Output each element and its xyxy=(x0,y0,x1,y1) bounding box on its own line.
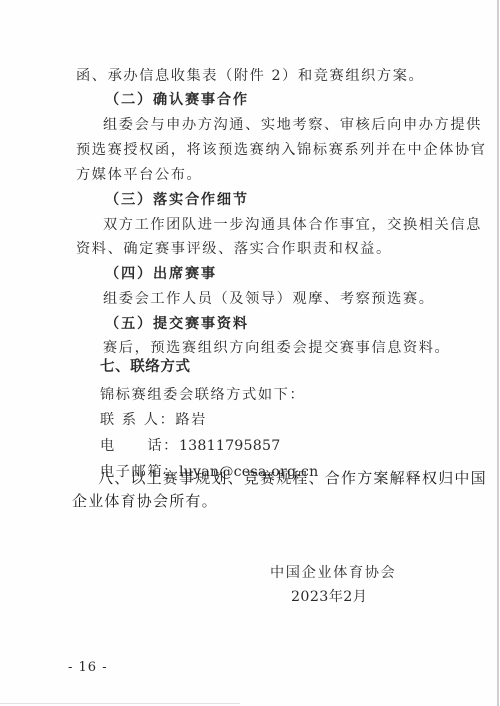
section-8-line-1: 八、以上赛事规划、竞赛规程、合作方案解释权归中国 xyxy=(98,468,487,488)
document-page: 函、承办信息收集表（附件 2）和竞赛组织方案。 （二）确认赛事合作 组委会与申办… xyxy=(0,0,500,706)
phone-value: 13811795857 xyxy=(179,438,281,454)
text-line: 函、承办信息收集表（附件 2）和竞赛组织方案。 xyxy=(76,66,424,86)
signature-organization: 中国企业体育协会 xyxy=(270,563,396,583)
contact-person-value: 路岩 xyxy=(175,412,207,428)
phone-row: 电 话：13811795857 xyxy=(100,436,280,456)
page-edge-bottom xyxy=(0,703,240,704)
text-line: 锦标赛组委会联络方式如下： xyxy=(100,385,305,405)
text-line: 组委会工作人员（及领导）观摩、考察预选赛。 xyxy=(103,289,435,309)
text-line: 赛后，预选赛组织方向组委会提交赛事信息资料。 xyxy=(103,338,450,358)
text-line: 方媒体平台公布。 xyxy=(76,165,202,185)
section-8-line-2: 企业体育协会所有。 xyxy=(72,491,218,511)
text-line: 组委会与申办方沟通、实地考察、审核后向申办方提供 xyxy=(103,115,482,135)
text-line: 资料、确定赛事评级、落实合作职责和权益。 xyxy=(76,239,392,259)
signature-date: 2023年2月 xyxy=(291,587,367,607)
phone-label: 电 话： xyxy=(100,438,179,454)
subsection-heading-3: （三）落实合作细节 xyxy=(105,190,249,210)
section-heading-7: 七、联络方式 xyxy=(100,357,191,377)
subsection-heading-5: （五）提交赛事资料 xyxy=(105,314,249,334)
page-edge-right xyxy=(497,0,499,706)
contact-person-row: 联 系 人：路岩 xyxy=(100,410,207,430)
contact-person-label: 联 系 人： xyxy=(100,412,175,428)
page-number: - 16 - xyxy=(68,658,108,678)
text-line: 双方工作团队进一步沟通具体合作事宜，交换相关信息 xyxy=(103,215,482,235)
subsection-heading-2: （二）确认赛事合作 xyxy=(105,90,249,110)
text-line: 预选赛授权函，将该预选赛纳入锦标赛系列并在中企体协官 xyxy=(76,140,486,160)
subsection-heading-4: （四）出席赛事 xyxy=(105,264,217,284)
